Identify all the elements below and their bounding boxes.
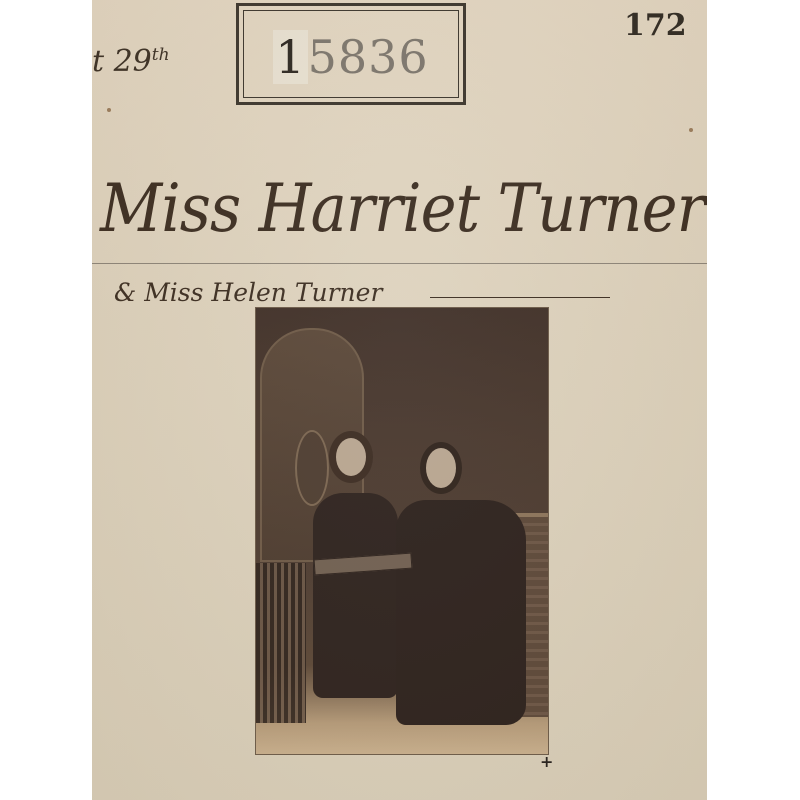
paper-speck — [689, 128, 693, 132]
paper-speck — [107, 108, 111, 112]
album-page: t 29th 15836 172 Miss Harriet Turner & M… — [92, 0, 707, 800]
sitter-name-primary: Miss Harriet Turner — [100, 170, 705, 247]
photo-chair — [256, 563, 306, 723]
photo-figure-older-girl — [396, 448, 526, 738]
cross-mark: + — [540, 752, 553, 771]
catalogue-number: 15836 — [273, 30, 428, 84]
photo-figure-younger-girl — [308, 438, 398, 738]
catalogue-number-box: 15836 — [236, 3, 466, 105]
date-note: t 29th — [92, 44, 170, 79]
ruled-line — [92, 263, 707, 264]
date-note-text: t 29 — [92, 44, 152, 79]
catalogue-number-rest: 5836 — [308, 30, 429, 84]
signature-underline — [430, 297, 610, 298]
catalogue-number-first-digit: 1 — [273, 30, 307, 84]
date-note-suffix: th — [152, 45, 170, 65]
portrait-photograph — [256, 308, 548, 754]
page-number: 172 — [624, 8, 687, 43]
sitter-name-secondary: & Miss Helen Turner — [114, 278, 382, 307]
